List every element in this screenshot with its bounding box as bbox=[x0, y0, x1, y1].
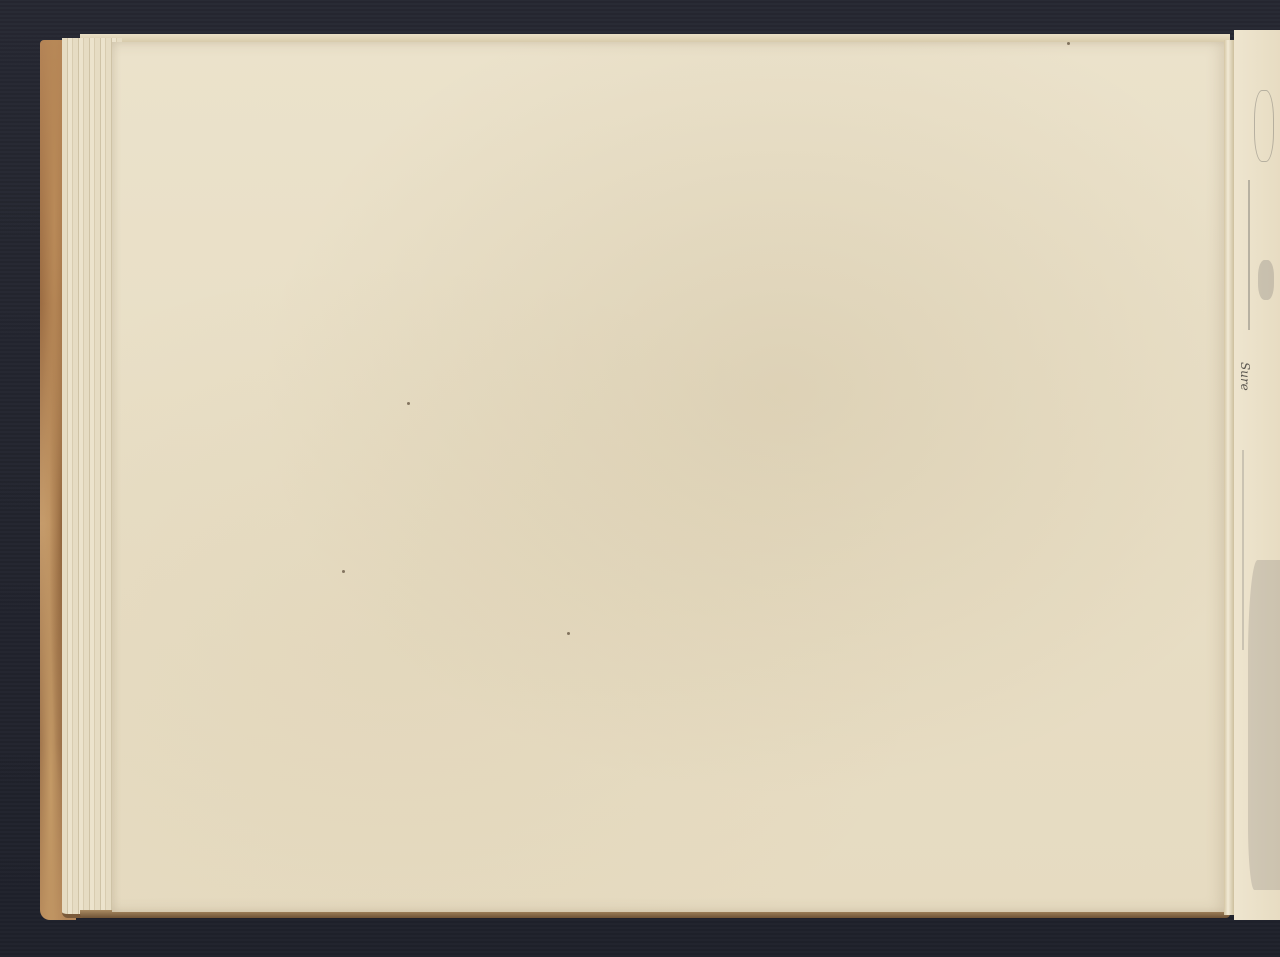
sketch-stroke bbox=[1242, 450, 1244, 650]
paper-speck bbox=[567, 632, 570, 635]
book-top-edge bbox=[80, 34, 1230, 42]
sketch-tree bbox=[1254, 90, 1274, 162]
sketch-stroke bbox=[1248, 180, 1250, 330]
blank-left-page bbox=[112, 42, 1228, 912]
paper-speck bbox=[407, 402, 410, 405]
book-gutter bbox=[1224, 40, 1234, 915]
pencil-inscription: Sure bbox=[1238, 362, 1252, 391]
sketch-foliage bbox=[1248, 560, 1280, 890]
right-page-sketch bbox=[1234, 30, 1280, 920]
paper-speck bbox=[1067, 42, 1070, 45]
sketch-foliage bbox=[1258, 260, 1274, 300]
paper-speck bbox=[342, 570, 345, 573]
